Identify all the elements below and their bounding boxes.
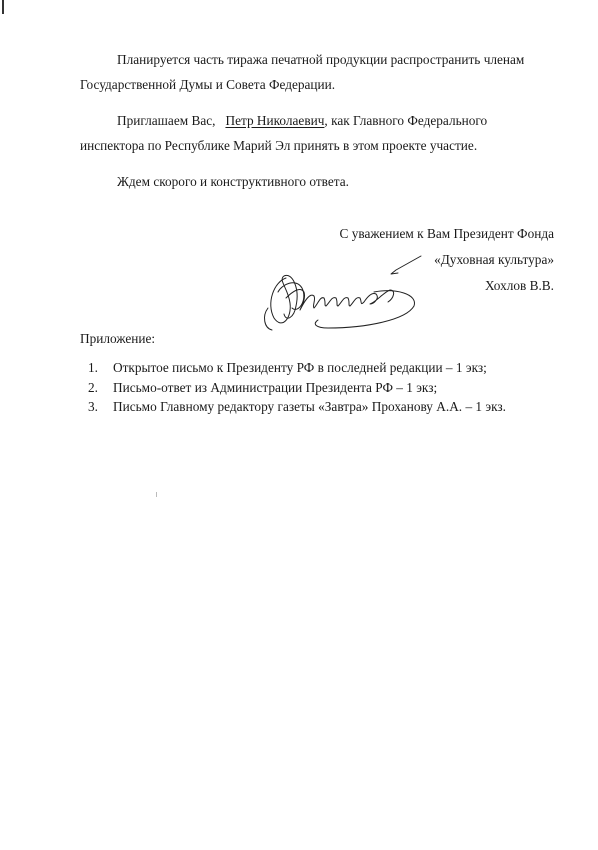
attachment-item: 3.Письмо Главному редактору газеты «Завт…	[88, 397, 506, 417]
document-page: Планируется часть тиража печатной продук…	[0, 0, 598, 850]
paragraph-2-line-1: Приглашаем Вас, Петр Николаевич, как Гла…	[117, 113, 553, 129]
attachments-list: 1.Открытое письмо к Президенту РФ в посл…	[88, 358, 506, 417]
invitation-text: Приглашаем Вас,	[117, 113, 215, 129]
paragraph-3-line-1: Ждем скорого и конструктивного ответа.	[117, 174, 349, 190]
invitation-continuation: Петр Николаевич, как Главного Федерально…	[225, 113, 553, 129]
signer-name: Хохлов В.В.	[485, 278, 554, 294]
scan-speck	[156, 492, 157, 497]
closing-line-1: С уважением к Вам Президент Фонда	[340, 226, 554, 242]
closing-line-2: «Духовная культура»	[434, 252, 554, 268]
signature-icon	[256, 248, 426, 338]
invitation-role: , как Главного Федерального	[324, 113, 487, 128]
attachment-item: 2.Письмо-ответ из Администрации Президен…	[88, 378, 506, 398]
addressee-name: Петр Николаевич	[225, 113, 324, 128]
paragraph-1-line-1: Планируется часть тиража печатной продук…	[117, 52, 524, 68]
scan-edge-mark	[2, 0, 4, 14]
attachments-heading: Приложение:	[80, 331, 155, 347]
paragraph-2-line-2: инспектора по Республике Марий Эл принят…	[80, 138, 477, 154]
attachment-item: 1.Открытое письмо к Президенту РФ в посл…	[88, 358, 506, 378]
paragraph-1-line-2: Государственной Думы и Совета Федерации.	[80, 77, 335, 93]
